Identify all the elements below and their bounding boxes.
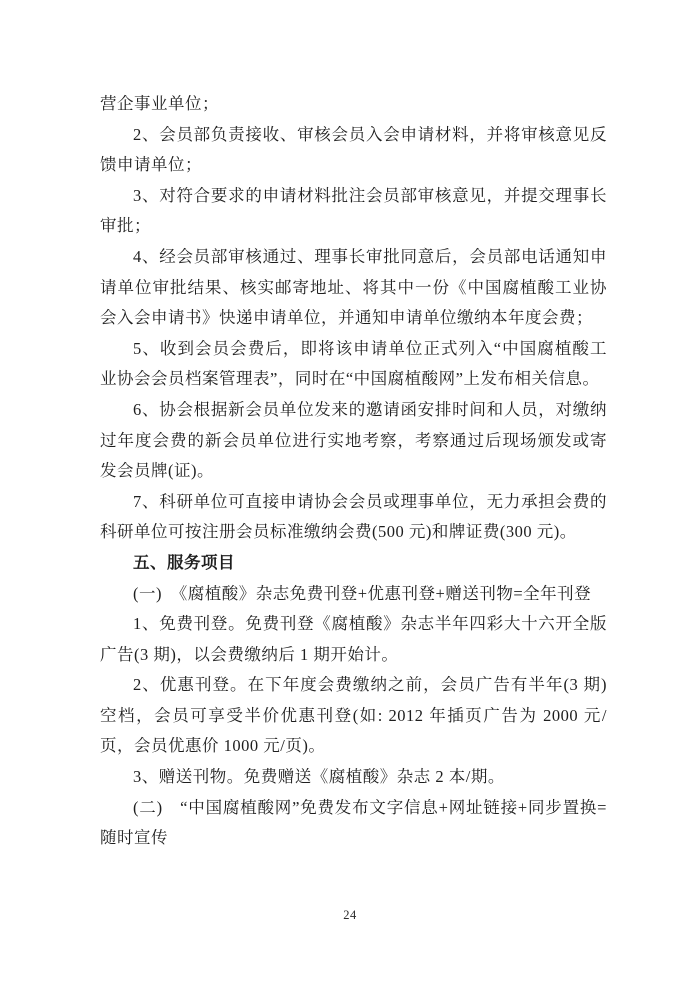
page-number: 24 <box>343 908 357 922</box>
paragraph: 6、协会根据新会员单位发来的邀请函安排时间和人员，对缴纳过年度会费的新会员单位进… <box>100 395 607 487</box>
paragraph: 5、收到会员会费后，即将该申请单位正式列入“中国腐植酸工业协会会员档案管理表”，… <box>100 334 607 395</box>
page-footer: 24 <box>0 906 700 924</box>
document-page: 营企事业单位；2、会员部负责接收、审核会员入会申请材料，并将审核意见反馈申请单位… <box>0 0 700 990</box>
document-body: 营企事业单位；2、会员部负责接收、审核会员入会申请材料，并将审核意见反馈申请单位… <box>100 89 607 854</box>
paragraph: (一) 《腐植酸》杂志免费刊登+优惠刊登+赠送刊物=全年刊登 <box>100 579 607 610</box>
paragraph: 1、免费刊登。免费刊登《腐植酸》杂志半年四彩大十六开全版广告(3 期)，以会费缴… <box>100 609 607 670</box>
section-heading: 五、服务项目 <box>100 548 607 579</box>
paragraph: 营企事业单位； <box>100 89 607 120</box>
paragraph: 7、科研单位可直接申请协会会员或理事单位，无力承担会费的科研单位可按注册会员标准… <box>100 487 607 548</box>
paragraph: 3、赠送刊物。免费赠送《腐植酸》杂志 2 本/期。 <box>100 762 607 793</box>
paragraph: 2、优惠刊登。在下年度会费缴纳之前，会员广告有半年(3 期)空档，会员可享受半价… <box>100 670 607 762</box>
paragraph: 2、会员部负责接收、审核会员入会申请材料，并将审核意见反馈申请单位； <box>100 120 607 181</box>
paragraph: 3、对符合要求的申请材料批注会员部审核意见，并提交理事长审批； <box>100 181 607 242</box>
paragraph: (二) “中国腐植酸网”免费发布文字信息+网址链接+同步置换=随时宣传 <box>100 793 607 854</box>
paragraph: 4、经会员部审核通过、理事长审批同意后，会员部电话通知申请单位审批结果、核实邮寄… <box>100 242 607 334</box>
